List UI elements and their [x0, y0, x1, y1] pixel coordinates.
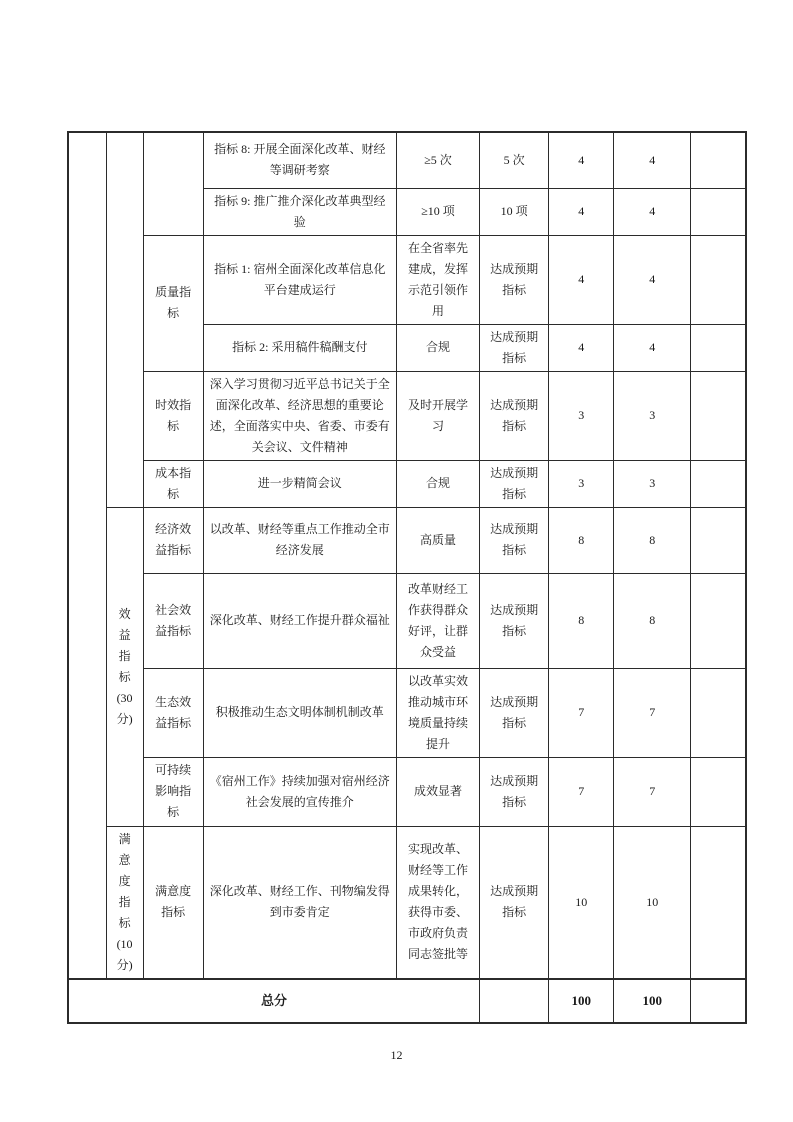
indicator-cell: 指标 2: 采用稿件稿酬支付: [203, 324, 396, 371]
category-cell: 社会效益指标: [143, 573, 203, 668]
table-row: 满 意 度 指 标 (10 分) 满意度指标 深化改革、财经工作、刊物编发得到市…: [68, 826, 746, 979]
completion-cell: 达成预期指标: [480, 507, 549, 573]
completion-cell: 达成预期指标: [480, 826, 549, 979]
total-completion-cell: [480, 979, 549, 1023]
indicator-cell: 以改革、财经等重点工作推动全市经济发展: [203, 507, 396, 573]
table-row: 生态效益指标 积极推动生态文明体制机制改革 以改革实效推动城市环境质量持续提升 …: [68, 668, 746, 757]
total-row: 总分 100 100: [68, 979, 746, 1023]
table-row: 效 益 指 标 (30 分) 经济效益指标 以改革、财经等重点工作推动全市经济发…: [68, 507, 746, 573]
completion-cell: 10 项: [480, 188, 549, 235]
remark-cell: [691, 132, 746, 188]
remark-cell: [691, 507, 746, 573]
score-actual-cell: 3: [614, 460, 691, 507]
indicator-cell: 进一步精简会议: [203, 460, 396, 507]
total-weight-cell: 100: [549, 979, 614, 1023]
category-cell: 可持续影响指标: [143, 757, 203, 826]
remark-cell: [691, 979, 746, 1023]
category-cell: 生态效益指标: [143, 668, 203, 757]
indicator-cell: 深化改革、财经工作、刊物编发得到市委肯定: [203, 826, 396, 979]
indicator-cell: 指标 1: 宿州全面深化改革信息化平台建成运行: [203, 235, 396, 324]
score-actual-cell: 4: [614, 324, 691, 371]
table-row: 质量指标 指标 1: 宿州全面深化改革信息化平台建成运行 在全省率先建成，发挥示…: [68, 235, 746, 324]
remark-cell: [691, 460, 746, 507]
score-weight-cell: 4: [549, 188, 614, 235]
score-weight-cell: 8: [549, 507, 614, 573]
document-page: 指标 8: 开展全面深化改革、财经等调研考察 ≥5 次 5 次 4 4 指标 9…: [0, 0, 793, 1122]
remark-cell: [691, 757, 746, 826]
score-weight-cell: 4: [549, 324, 614, 371]
remark-cell: [691, 324, 746, 371]
target-cell: 实现改革、财经等工作成果转化，获得市委、市政府负责同志签批等: [396, 826, 479, 979]
score-weight-cell: 8: [549, 573, 614, 668]
score-actual-cell: 4: [614, 235, 691, 324]
remark-cell: [691, 188, 746, 235]
score-weight-cell: 4: [549, 132, 614, 188]
category-cell: 质量指标: [143, 235, 203, 371]
score-weight-cell: 3: [549, 460, 614, 507]
remark-cell: [691, 668, 746, 757]
score-actual-cell: 7: [614, 757, 691, 826]
category-cell: 经济效益指标: [143, 507, 203, 573]
score-actual-cell: 8: [614, 573, 691, 668]
completion-cell: 达成预期指标: [480, 324, 549, 371]
indicator-cell: 指标 9: 推广推介深化改革典型经验: [203, 188, 396, 235]
target-cell: 以改革实效推动城市环境质量持续提升: [396, 668, 479, 757]
score-weight-cell: 4: [549, 235, 614, 324]
target-cell: ≥5 次: [396, 132, 479, 188]
completion-cell: 达成预期指标: [480, 460, 549, 507]
completion-cell: 达成预期指标: [480, 235, 549, 324]
remark-cell: [691, 826, 746, 979]
score-actual-cell: 7: [614, 668, 691, 757]
group-cell: [106, 132, 143, 507]
category-cell: [143, 132, 203, 235]
remark-cell: [691, 573, 746, 668]
indicator-cell: 指标 8: 开展全面深化改革、财经等调研考察: [203, 132, 396, 188]
target-cell: 改革财经工作获得群众好评，让群众受益: [396, 573, 479, 668]
target-cell: ≥10 项: [396, 188, 479, 235]
score-actual-cell: 10: [614, 826, 691, 979]
category-cell: 满意度指标: [143, 826, 203, 979]
group-cell: 效 益 指 标 (30 分): [106, 507, 143, 826]
completion-cell: 达成预期指标: [480, 573, 549, 668]
remark-cell: [691, 235, 746, 324]
page-number: 12: [0, 1048, 793, 1063]
score-actual-cell: 4: [614, 132, 691, 188]
score-weight-cell: 7: [549, 757, 614, 826]
completion-cell: 达成预期指标: [480, 668, 549, 757]
indicator-cell: 深入学习贯彻习近平总书记关于全面深化改革、经济思想的重要论述，全面落实中央、省委…: [203, 371, 396, 460]
completion-cell: 达成预期指标: [480, 757, 549, 826]
completion-cell: 达成预期指标: [480, 371, 549, 460]
table-row: 时效指标 深入学习贯彻习近平总书记关于全面深化改革、经济思想的重要论述，全面落实…: [68, 371, 746, 460]
total-label-cell: 总分: [68, 979, 480, 1023]
category-cell: 时效指标: [143, 371, 203, 460]
target-cell: 在全省率先建成，发挥示范引领作用: [396, 235, 479, 324]
score-weight-cell: 7: [549, 668, 614, 757]
indicator-cell: 《宿州工作》持续加强对宿州经济社会发展的宣传推介: [203, 757, 396, 826]
indicator-cell: 积极推动生态文明体制机制改革: [203, 668, 396, 757]
score-weight-cell: 3: [549, 371, 614, 460]
category-cell: 成本指标: [143, 460, 203, 507]
total-actual-cell: 100: [614, 979, 691, 1023]
completion-cell: 5 次: [480, 132, 549, 188]
evaluation-table: 指标 8: 开展全面深化改革、财经等调研考察 ≥5 次 5 次 4 4 指标 9…: [67, 131, 747, 1024]
score-actual-cell: 4: [614, 188, 691, 235]
table-row: 成本指标 进一步精简会议 合规 达成预期指标 3 3: [68, 460, 746, 507]
target-cell: 合规: [396, 324, 479, 371]
indicator-cell: 深化改革、财经工作提升群众福祉: [203, 573, 396, 668]
target-cell: 成效显著: [396, 757, 479, 826]
table-row: 社会效益指标 深化改革、财经工作提升群众福祉 改革财经工作获得群众好评，让群众受…: [68, 573, 746, 668]
table-row: 指标 8: 开展全面深化改革、财经等调研考察 ≥5 次 5 次 4 4: [68, 132, 746, 188]
target-cell: 高质量: [396, 507, 479, 573]
score-weight-cell: 10: [549, 826, 614, 979]
score-actual-cell: 8: [614, 507, 691, 573]
target-cell: 及时开展学习: [396, 371, 479, 460]
target-cell: 合规: [396, 460, 479, 507]
outer-group-cell: [68, 132, 106, 979]
remark-cell: [691, 371, 746, 460]
group-cell: 满 意 度 指 标 (10 分): [106, 826, 143, 979]
score-actual-cell: 3: [614, 371, 691, 460]
table-row: 可持续影响指标 《宿州工作》持续加强对宿州经济社会发展的宣传推介 成效显著 达成…: [68, 757, 746, 826]
